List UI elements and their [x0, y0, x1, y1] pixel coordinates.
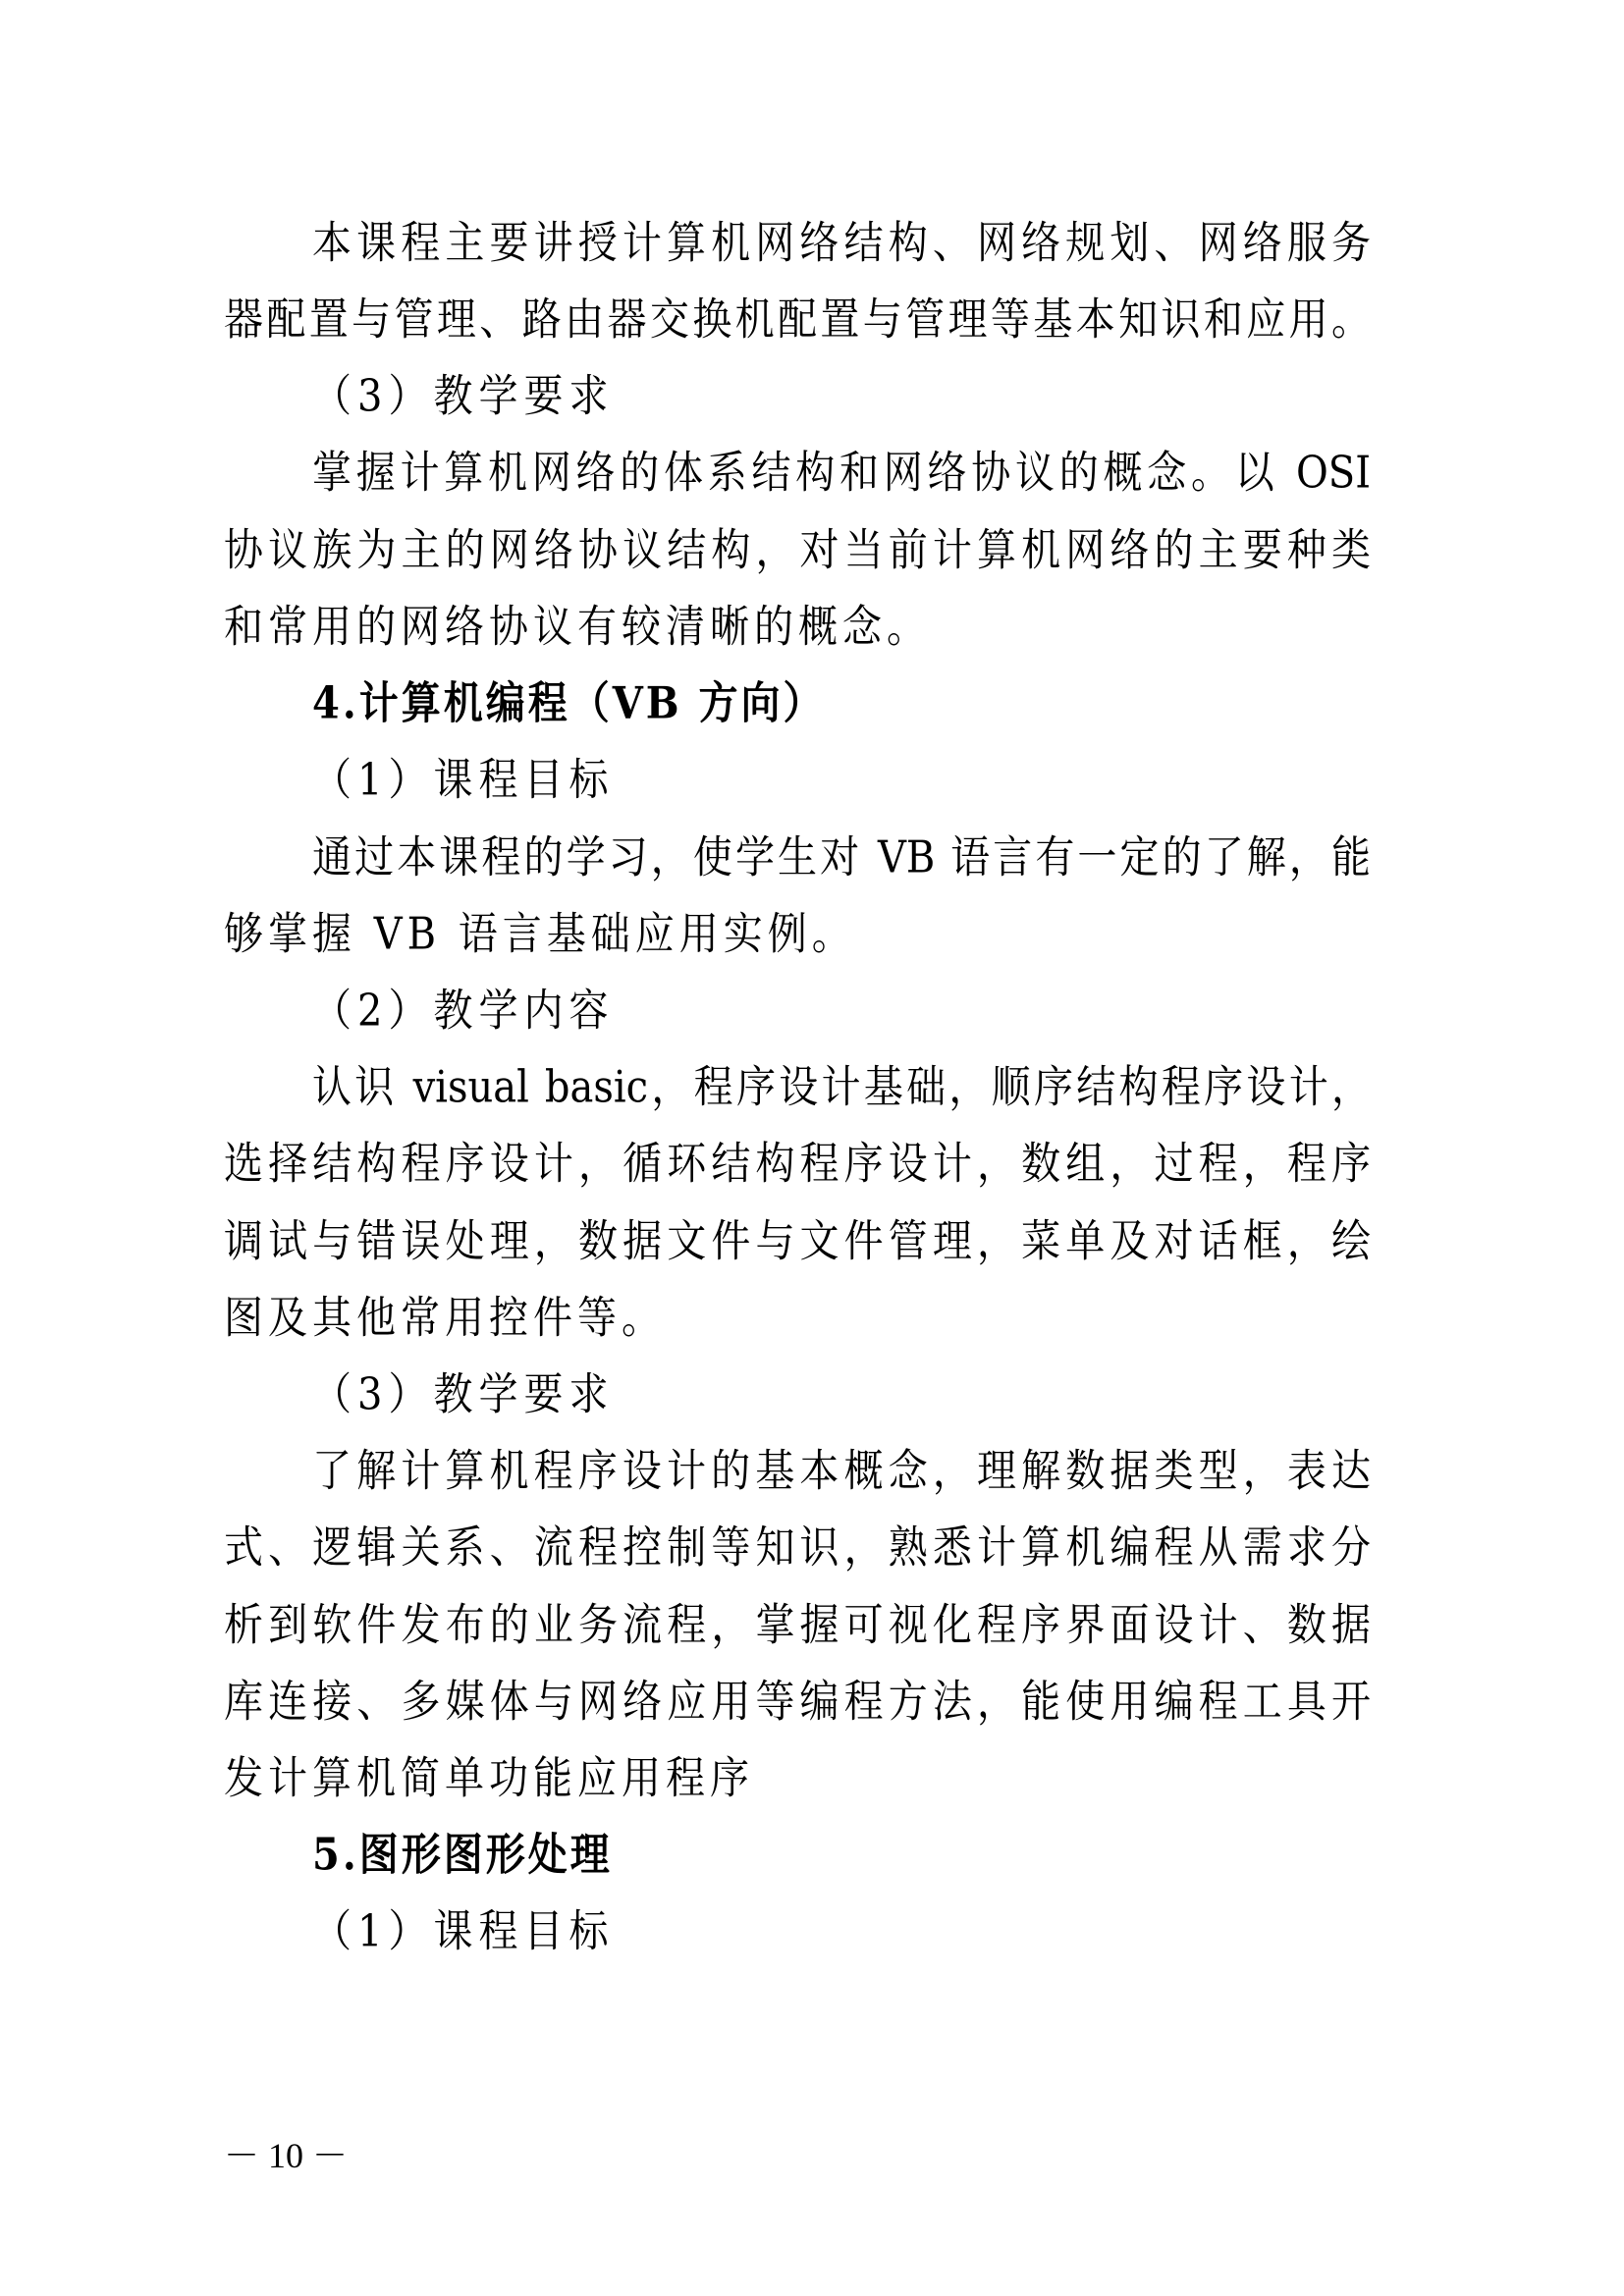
paragraph-line: 通过本课程的学习，使学生对 VB 语言有一定的了解，能 [312, 815, 1371, 900]
subheading-teaching-content: （2）教学内容 [312, 968, 614, 1053]
paragraph-line: 认识 visual basic，程序设计基础，顺序结构程序设计， [312, 1044, 1371, 1130]
subheading-course-objectives: （1）课程目标 [312, 737, 614, 823]
subheading-teaching-requirements: （3）教学要求 [312, 1352, 614, 1437]
paragraph-line: 够掌握 VB 语言基础应用实例。 [224, 891, 856, 977]
paragraph-line: 式、逻辑关系、流程控制等知识，熟悉计算机编程从需求分 [224, 1505, 1371, 1590]
document-page: 本课程主要讲授计算机网络结构、网络规划、网络服务 器配置与管理、路由器交换机配置… [0, 0, 1624, 2296]
paragraph-line: 析到软件发布的业务流程，掌握可视化程序界面设计、数据 [224, 1582, 1371, 1668]
subheading-course-objectives: （1）课程目标 [312, 1889, 614, 1974]
paragraph-line: 图及其他常用控件等。 [224, 1275, 666, 1361]
paragraph-line: 协议族为主的网络协议结构，对当前计算机网络的主要种类 [224, 507, 1371, 593]
paragraph-line: 了解计算机程序设计的基本概念，理解数据类型，表达 [312, 1428, 1371, 1514]
paragraph-line: 本课程主要讲授计算机网络结构、网络规划、网络服务 [312, 200, 1371, 286]
paragraph-line: 发计算机简单功能应用程序 [224, 1735, 754, 1821]
paragraph-line: 库连接、多媒体与网络应用等编程方法，能使用编程工具开 [224, 1659, 1371, 1744]
paragraph-line: 器配置与管理、路由器交换机配置与管理等基本知识和应用。 [224, 277, 1371, 362]
page-number: － 10 － [224, 2136, 348, 2175]
paragraph-line: 调试与错误处理，数据文件与文件管理，菜单及对话框，绘 [224, 1199, 1371, 1284]
paragraph-line: 选择结构程序设计，循环结构程序设计，数组，过程，程序 [224, 1121, 1371, 1206]
subheading-teaching-requirements: （3）教学要求 [312, 353, 614, 439]
paragraph-line: 掌握计算机网络的体系结构和网络协议的概念。以 OSI [312, 430, 1371, 515]
section-heading-graphics-processing: 5.图形图形处理 [312, 1812, 613, 1897]
section-heading-vb-programming: 4.计算机编程（VB 方向） [312, 661, 826, 746]
paragraph-line: 和常用的网络协议有较清晰的概念。 [224, 584, 931, 669]
